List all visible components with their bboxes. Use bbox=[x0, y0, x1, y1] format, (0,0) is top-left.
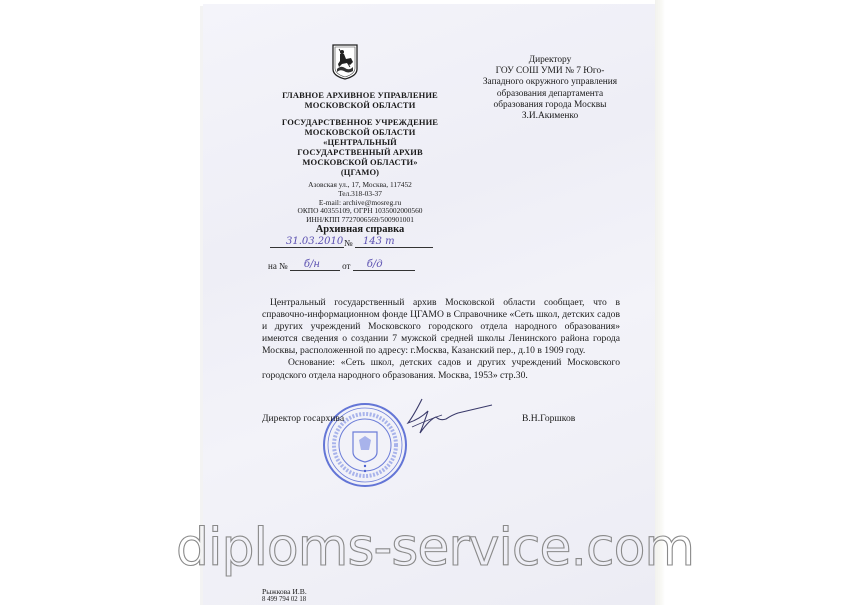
org-line: ГЛАВНОЕ АРХИВНОЕ УПРАВЛЕНИЕ bbox=[265, 90, 455, 100]
moscow-region-coat-of-arms-icon bbox=[331, 43, 359, 81]
reference-reply-line: на № б/н от б/д bbox=[268, 257, 415, 271]
org-line: (ЦГАМО) bbox=[265, 167, 455, 177]
in-reply-field: б/н bbox=[290, 257, 340, 271]
body-paragraph-basis: Основание: «Сеть школ, детских садов и д… bbox=[262, 357, 620, 381]
signatory-name: В.Н.Горшков bbox=[522, 413, 575, 424]
from-field: б/д bbox=[353, 257, 415, 271]
handwritten-date: 31.03.2010 bbox=[286, 236, 343, 247]
org-line: «ЦЕНТРАЛЬНЫЙ bbox=[265, 137, 455, 147]
document-body: Центральный государственный архив Москов… bbox=[262, 297, 620, 382]
org-line: МОСКОВСКОЙ ОБЛАСТИ bbox=[265, 100, 455, 110]
number-field: 143 т bbox=[355, 234, 433, 248]
executor-info: Рыжкова И.В. 8 499 794 02 18 bbox=[262, 588, 307, 603]
org-block-2: ГОСУДАРСТВЕННОЕ УЧРЕЖДЕНИЕ МОСКОВСКОЙ ОБ… bbox=[265, 117, 455, 177]
handwritten-signature bbox=[400, 397, 500, 437]
org-block-1: ГЛАВНОЕ АРХИВНОЕ УПРАВЛЕНИЕ МОСКОВСКОЙ О… bbox=[265, 90, 455, 110]
recipient-line: Западного окружного управления bbox=[450, 77, 650, 88]
org-line: ГОСУДАРСТВЕННЫЙ АРХИВ bbox=[265, 147, 455, 157]
reference-date-line: 31.03.2010 № 143 т bbox=[270, 234, 433, 248]
signatory-position: Директор госархива bbox=[262, 413, 344, 424]
organization-contacts: Азовская ул., 17, Москва, 117452 Тел.318… bbox=[265, 181, 455, 225]
org-line: МОСКОВСКОЙ ОБЛАСТИ» bbox=[265, 157, 455, 167]
recipient-line: образования города Москвы bbox=[450, 100, 650, 111]
recipient-line: Директору bbox=[450, 55, 650, 66]
executor-name: Рыжкова И.В. bbox=[262, 588, 307, 596]
executor-phone: 8 499 794 02 18 bbox=[262, 596, 307, 604]
recipient-name: З.И.Акименко bbox=[450, 111, 650, 122]
in-reply-label: на № bbox=[268, 261, 288, 271]
number-label: № bbox=[344, 238, 353, 248]
recipient-line: образования департамента bbox=[450, 89, 650, 100]
handwritten-in-reply: б/н bbox=[304, 259, 320, 270]
org-line: МОСКОВСКОЙ ОБЛАСТИ bbox=[265, 127, 455, 137]
body-paragraph: Центральный государственный архив Москов… bbox=[262, 297, 620, 357]
recipient-block: Директору ГОУ СОШ УМИ № 7 Юго- Западного… bbox=[450, 55, 650, 122]
recipient-line: ГОУ СОШ УМИ № 7 Юго- bbox=[450, 66, 650, 77]
org-line: ГОСУДАРСТВЕННОЕ УЧРЕЖДЕНИЕ bbox=[265, 117, 455, 127]
date-field: 31.03.2010 bbox=[270, 234, 344, 248]
watermark-text: diploms-service.com bbox=[176, 522, 694, 574]
handwritten-number: 143 т bbox=[363, 236, 395, 247]
paper-right-edge bbox=[655, 0, 665, 605]
handwritten-from: б/д bbox=[367, 259, 383, 270]
from-label: от bbox=[342, 261, 350, 271]
organization-header: ГЛАВНОЕ АРХИВНОЕ УПРАВЛЕНИЕ МОСКОВСКОЙ О… bbox=[265, 90, 455, 177]
